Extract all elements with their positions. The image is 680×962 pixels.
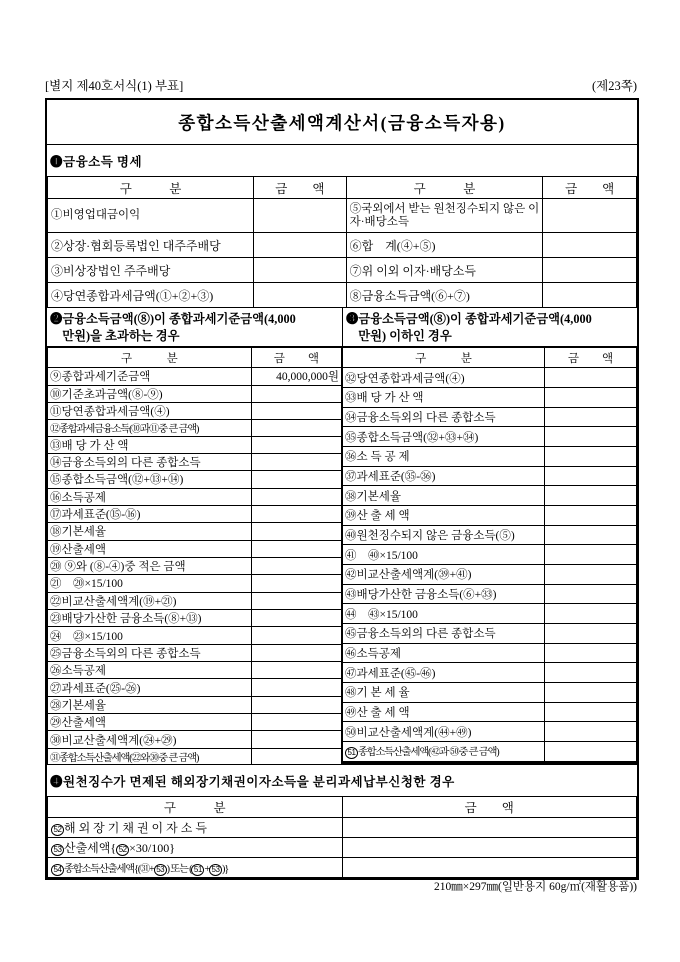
table-row: 54종합소득산출세액{(㉛+53) 또는 (51+53)} — [48, 858, 637, 878]
column-header-amount: 금 액 — [543, 177, 637, 199]
row-value — [251, 748, 341, 764]
row-value — [254, 199, 346, 233]
table-row: ㊷비교산출세액계(㊴+㊶) — [343, 564, 637, 584]
table-row: ㉓배당가산한 금융소득(⑧+⑬) — [48, 609, 342, 626]
row-value — [251, 436, 341, 453]
table-row: ㊻소득공제 — [343, 643, 637, 663]
row-value — [543, 283, 637, 308]
row-label: ㉚비교산출세액계(㉔+㉙) — [48, 731, 252, 748]
column-header-amount: 금 액 — [251, 348, 341, 368]
row-label: ㊽기 본 세 율 — [343, 682, 545, 702]
row-label: ㊲과세표준(㉟-㊱) — [343, 466, 545, 486]
table-row: ⑱기본세율 — [48, 523, 342, 540]
table-header-row: 구 분 금 액 — [343, 348, 637, 368]
table-row: ⑭금융소득외의 다른 종합소득 — [48, 453, 342, 470]
row-label: ㉙산출세액 — [48, 714, 252, 731]
row-label: ㉜당연종합과세금액(④) — [343, 368, 545, 388]
section2-label: ❷금융소득금액(⑧)이 종합과세기준금액(4,000 만원)을 초과하는 경우 — [47, 308, 342, 346]
row-label: ㉖소득공제 — [48, 662, 252, 679]
row-value — [251, 627, 341, 644]
row-label: ㊼과세표준(㊺-㊻) — [343, 663, 545, 683]
row-value — [251, 453, 341, 470]
table-row: ㉗과세표준(㉕-㉖) — [48, 679, 342, 696]
table-row — [343, 763, 637, 764]
row-label: ⑦위 이외 이자·배당소득 — [346, 258, 543, 283]
table-row: ㊲과세표준(㉟-㊱) — [343, 466, 637, 486]
table-row: ⑨종합과세기준금액40,000,000원 — [48, 368, 342, 385]
tax-form-page: [별지 제40호서식(1) 부표] (제23쪽) 종합소득산출세액계산서(금융소… — [0, 0, 680, 962]
row-value — [544, 368, 636, 388]
row-value — [251, 385, 341, 402]
row-value — [544, 407, 636, 427]
row-value — [254, 283, 346, 308]
row-value — [543, 199, 637, 233]
row-value — [544, 643, 636, 663]
row-label: 52해 외 장 기 채 권 이 자 소 득 — [48, 818, 343, 838]
table-row: ③비상장법인 주주배당 ⑦위 이외 이자·배당소득 — [48, 258, 637, 283]
row-label: ㉘기본세율 — [48, 696, 252, 713]
table-row: 51종합소득산출세액(㊷과 ㊿중 큰 금액) — [343, 741, 637, 761]
row-value — [544, 446, 636, 466]
document-header: [별지 제40호서식(1) 부표] (제23쪽) — [45, 76, 637, 94]
row-label: ㉑ ⑳×15/100 — [48, 575, 252, 592]
row-label: 53산출세액{52×30/100} — [48, 838, 343, 858]
column-header-category: 구 분 — [48, 797, 343, 818]
table-header-row: 구 분 금 액 — [48, 797, 637, 818]
table-row: ⑫종합과세금융소득(⑩과⑪중 큰 금액) — [48, 420, 342, 436]
table-row: ㊶ ㊵×15/100 — [343, 545, 637, 565]
table-row: ㉒비교산출세액계(⑲+㉑) — [48, 592, 342, 609]
table-row: ㉛종합소득산출세액(㉒와㉚중 큰 금액) — [48, 748, 342, 764]
table-row: ㊾산 출 세 액 — [343, 702, 637, 722]
row-value — [254, 258, 346, 283]
table-row: ㉙산출세액 — [48, 714, 342, 731]
row-label: ⑳ ⑨와 (⑧-④)중 적은 금액 — [48, 557, 252, 574]
row-label: ⑪당연종합과세금액(④) — [48, 402, 252, 419]
row-value — [251, 575, 341, 592]
row-label: ㊴산 출 세 액 — [343, 505, 545, 525]
row-label: ㉕금융소득외의 다른 종합소득 — [48, 644, 252, 661]
row-value — [342, 858, 637, 878]
row-label: ⑨종합과세기준금액 — [48, 368, 252, 385]
foreign-bond-interest-table: 구 분 금 액 52해 외 장 기 채 권 이 자 소 득 53산출세액{52×… — [47, 796, 637, 878]
row-label: ㊹ ㊸×15/100 — [343, 604, 545, 624]
row-label: ⑩기준초과금액(⑧-⑨) — [48, 385, 252, 402]
row-value — [544, 427, 636, 447]
row-label: ㊺금융소득외의 다른 종합소득 — [343, 623, 545, 643]
form-reference: [별지 제40호서식(1) 부표] — [45, 76, 183, 94]
row-value — [544, 722, 636, 742]
row-value — [544, 505, 636, 525]
row-value — [544, 525, 636, 545]
table-row: ㊳기본세율 — [343, 486, 637, 506]
row-label: ㊸배당가산한 금융소득(⑥+㉝) — [343, 584, 545, 604]
table-row: ②상장·협회등록법인 대주주배당 ⑥합 계(④+⑤) — [48, 233, 637, 258]
column-header-amount: 금 액 — [544, 348, 636, 368]
row-label: ②상장·협회등록법인 대주주배당 — [48, 233, 254, 258]
row-value: 40,000,000원 — [251, 368, 341, 385]
table-row: ㉖소득공제 — [48, 662, 342, 679]
table-row: ①비영업대금이익 ⑤국외에서 받는 원천징수되지 않은 이자·배당소득 — [48, 199, 637, 233]
table-row: 52해 외 장 기 채 권 이 자 소 득 — [48, 818, 637, 838]
row-label: ㊵원천징수되지 않은 금융소득(⑤) — [343, 525, 545, 545]
column-header-category: 구 분 — [343, 348, 545, 368]
row-label: ⑰과세표준(⑮-⑯) — [48, 505, 252, 522]
row-label: ④당연종합과세금액(①+②+③) — [48, 283, 254, 308]
table-row: ㊿비교산출세액계(㊹+㊾) — [343, 722, 637, 742]
row-value — [544, 387, 636, 407]
column-header-amount: 금 액 — [342, 797, 637, 818]
section2-3-header: ❷금융소득금액(⑧)이 종합과세기준금액(4,000 만원)을 초과하는 경우 … — [47, 308, 637, 346]
financial-income-detail-table: 구 분 금 액 구 분 금 액 ①비영업대금이익 ⑤국외에서 받는 원천징수되지… — [47, 176, 637, 308]
row-label: ⑫종합과세금융소득(⑩과⑪중 큰 금액) — [48, 420, 252, 436]
row-value — [251, 714, 341, 731]
row-label: ⑭금융소득외의 다른 종합소득 — [48, 453, 252, 470]
table-row: ㉘기본세율 — [48, 696, 342, 713]
row-value — [544, 564, 636, 584]
row-value — [543, 233, 637, 258]
row-label: ㉒비교산출세액계(⑲+㉑) — [48, 592, 252, 609]
column-header-category: 구 분 — [48, 177, 254, 199]
table-row: ㉔ ㉓×15/100 — [48, 627, 342, 644]
row-value — [544, 604, 636, 624]
row-label: ⑯소득공제 — [48, 488, 252, 505]
table-row: ㉚비교산출세액계(㉔+㉙) — [48, 731, 342, 748]
table-row: ㊸배당가산한 금융소득(⑥+㉝) — [343, 584, 637, 604]
row-label: ③비상장법인 주주배당 — [48, 258, 254, 283]
row-value — [251, 557, 341, 574]
row-value — [544, 763, 636, 764]
row-value — [251, 731, 341, 748]
row-label: ㊻소득공제 — [343, 643, 545, 663]
row-label: ㉔ ㉓×15/100 — [48, 627, 252, 644]
table-row: ㊱소 득 공 제 — [343, 446, 637, 466]
column-header-category: 구 분 — [346, 177, 543, 199]
column-header-amount: 금 액 — [254, 177, 346, 199]
table-row: ⑩기준초과금액(⑧-⑨) — [48, 385, 342, 402]
form-border-box: 종합소득산출세액계산서(금융소득자용) ❶금융소득 명세 구 분 금 액 구 분… — [45, 98, 639, 880]
row-value — [251, 696, 341, 713]
calculation-tables: 구 분 금 액 ⑨종합과세기준금액40,000,000원 ⑩기준초과금액(⑧-⑨… — [47, 346, 637, 765]
row-label: ⑤국외에서 받는 원천징수되지 않은 이자·배당소득 — [346, 199, 543, 233]
table-row: ㉟종합소득금액(㉜+㉝+㉞) — [343, 427, 637, 447]
row-value — [251, 592, 341, 609]
table-row: ⑬배 당 가 산 액 — [48, 436, 342, 453]
table-row: ⑲산출세액 — [48, 540, 342, 557]
table-row: ㊽기 본 세 율 — [343, 682, 637, 702]
table-row: ⑯소득공제 — [48, 488, 342, 505]
table-row: ⑰과세표준(⑮-⑯) — [48, 505, 342, 522]
row-value — [251, 644, 341, 661]
row-value — [251, 523, 341, 540]
table-row: ㊼과세표준(㊺-㊻) — [343, 663, 637, 683]
over-threshold-table: 구 분 금 액 ⑨종합과세기준금액40,000,000원 ⑩기준초과금액(⑧-⑨… — [47, 347, 342, 765]
section1-label: ❶금융소득 명세 — [47, 145, 637, 176]
table-row: ㊵원천징수되지 않은 금융소득(⑤) — [343, 525, 637, 545]
row-value — [544, 741, 636, 761]
row-value — [251, 540, 341, 557]
row-value — [251, 662, 341, 679]
paper-spec-note: 210㎜×297㎜(일반용지 60g/㎡(재활용품)) — [434, 878, 637, 894]
row-value — [544, 466, 636, 486]
row-value — [544, 663, 636, 683]
row-value — [254, 233, 346, 258]
table-row: ⑪당연종합과세금액(④) — [48, 402, 342, 419]
table-row: ㉜당연종합과세금액(④) — [343, 368, 637, 388]
row-label: ⑬배 당 가 산 액 — [48, 436, 252, 453]
row-value — [251, 471, 341, 488]
row-label: ㉟종합소득금액(㉜+㉝+㉞) — [343, 427, 545, 447]
table-row: ⑳ ⑨와 (⑧-④)중 적은 금액 — [48, 557, 342, 574]
row-label: ㊾산 출 세 액 — [343, 702, 545, 722]
row-value — [544, 623, 636, 643]
table-header-row: 구 분 금 액 구 분 금 액 — [48, 177, 637, 199]
row-value — [251, 679, 341, 696]
row-label — [343, 763, 545, 764]
row-value — [543, 258, 637, 283]
row-value — [544, 486, 636, 506]
row-value — [544, 584, 636, 604]
row-label: ㊷비교산출세액계(㊴+㊶) — [343, 564, 545, 584]
table-row: ④당연종합과세금액(①+②+③) ⑧금융소득금액(⑥+⑦) — [48, 283, 637, 308]
table-row: ㊹ ㊸×15/100 — [343, 604, 637, 624]
table-row: ㉑ ⑳×15/100 — [48, 575, 342, 592]
row-value — [544, 545, 636, 565]
row-label: 51종합소득산출세액(㊷과 ㊿중 큰 금액) — [343, 741, 545, 761]
row-label: ㉞금융소득외의 다른 종합소득 — [343, 407, 545, 427]
table-header-row: 구 분 금 액 — [48, 348, 342, 368]
row-label: ㉛종합소득산출세액(㉒와㉚중 큰 금액) — [48, 748, 252, 764]
row-value — [342, 838, 637, 858]
row-value — [544, 682, 636, 702]
row-value — [251, 609, 341, 626]
table-row: ㊴산 출 세 액 — [343, 505, 637, 525]
row-value — [342, 818, 637, 838]
row-label: ㉗과세표준(㉕-㉖) — [48, 679, 252, 696]
section3-label: ❸금융소득금액(⑧)이 종합과세기준금액(4,000 만원) 이하인 경우 — [342, 308, 637, 346]
row-label: ㉓배당가산한 금융소득(⑧+⑬) — [48, 609, 252, 626]
row-label: ⑱기본세율 — [48, 523, 252, 540]
table-row: 53산출세액{52×30/100} — [48, 838, 637, 858]
row-label: ⑧금융소득금액(⑥+⑦) — [346, 283, 543, 308]
table-row: ⑮종합소득금액(⑫+⑬+⑭) — [48, 471, 342, 488]
page-number: (제23쪽) — [592, 76, 637, 94]
row-value — [251, 402, 341, 419]
row-label: ㊱소 득 공 제 — [343, 446, 545, 466]
row-label: 54종합소득산출세액{(㉛+53) 또는 (51+53)} — [48, 858, 343, 878]
row-value — [251, 505, 341, 522]
row-label: ⑥합 계(④+⑤) — [346, 233, 543, 258]
row-label: ㊶ ㊵×15/100 — [343, 545, 545, 565]
row-label: ⑮종합소득금액(⑫+⑬+⑭) — [48, 471, 252, 488]
row-value — [544, 702, 636, 722]
table-row: ㉞금융소득외의 다른 종합소득 — [343, 407, 637, 427]
row-label: ①비영업대금이익 — [48, 199, 254, 233]
row-label: ㉝배 당 가 산 액 — [343, 387, 545, 407]
section4-label: ❹원천징수가 면제된 해외장기채권이자소득을 분리과세납부신청한 경우 — [47, 765, 637, 796]
row-label: ㊳기본세율 — [343, 486, 545, 506]
table-row: ㉕금융소득외의 다른 종합소득 — [48, 644, 342, 661]
column-header-category: 구 분 — [48, 348, 252, 368]
under-threshold-table: 구 분 금 액 ㉜당연종합과세금액(④) ㉝배 당 가 산 액 ㉞금융소득외의 … — [342, 347, 637, 765]
table-row: ㊺금융소득외의 다른 종합소득 — [343, 623, 637, 643]
row-label: ㊿비교산출세액계(㊹+㊾) — [343, 722, 545, 742]
row-label: ⑲산출세액 — [48, 540, 252, 557]
row-value — [251, 420, 341, 436]
form-title: 종합소득산출세액계산서(금융소득자용) — [47, 100, 637, 145]
table-row: ㉝배 당 가 산 액 — [343, 387, 637, 407]
row-value — [251, 488, 341, 505]
